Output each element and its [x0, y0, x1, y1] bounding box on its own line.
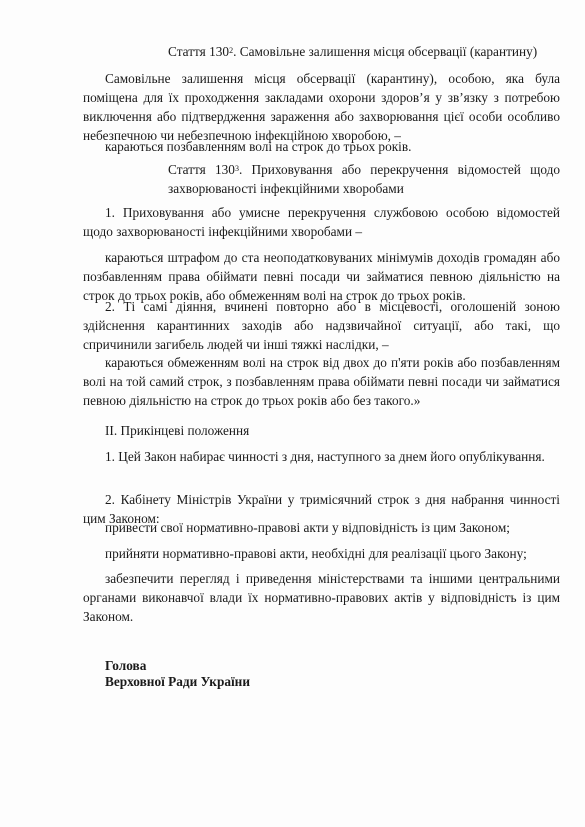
- article-130-3-part-1: 1. Приховування або умисне перекручення …: [83, 203, 560, 241]
- article-130-2-body: Самовільне залишення місця обсервації (к…: [83, 69, 560, 145]
- article-130-3-heading: Стаття 1303. Приховування або перекручен…: [168, 160, 560, 198]
- heading-prefix: Стаття 130: [168, 44, 229, 59]
- heading-title: . Самовільне залишення місця обсервації …: [233, 44, 537, 59]
- heading-superscript: 2: [229, 46, 233, 55]
- article-130-3-part-2-penalty: караються обмеженням волі на строк від д…: [83, 353, 560, 410]
- signature-body: Верховної Ради України: [105, 672, 405, 691]
- final-provisions-subitem-1: привести свої нормативно-правові акти у …: [83, 518, 560, 537]
- final-provisions-subitem-2: прийняти нормативно-правові акти, необхі…: [83, 544, 560, 563]
- final-provisions-title: ІІ. Прикінцеві положення: [83, 421, 560, 440]
- final-provisions-item-1: 1. Цей Закон набирає чинності з дня, нас…: [83, 447, 560, 466]
- article-130-2-heading: Стаття 1302. Самовільне залишення місця …: [168, 42, 560, 61]
- article-130-2-penalty: караються позбавленням волі на строк до …: [83, 137, 560, 156]
- heading-superscript: 3: [235, 164, 239, 173]
- final-provisions-subitem-3: забезпечити перегляд і приведення мініст…: [83, 569, 560, 626]
- document-page: Стаття 1302. Самовільне залишення місця …: [0, 0, 585, 827]
- heading-prefix: Стаття 130: [168, 162, 235, 177]
- article-130-3-part-2: 2. Ті самі діяння, вчинені повторно або …: [83, 297, 560, 354]
